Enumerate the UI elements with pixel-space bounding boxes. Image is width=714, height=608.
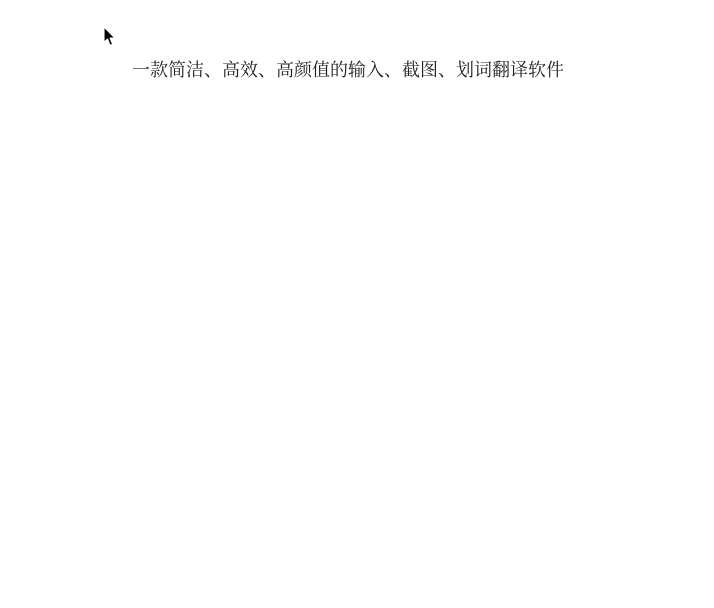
tagline-container: 一款简洁、高效、高颜值的输入、截图、划词翻译软件 [0, 59, 696, 81]
arrow-cursor-icon [102, 26, 116, 48]
blank-page-background: 一款简洁、高效、高颜值的输入、截图、划词翻译软件 [0, 0, 714, 608]
app-tagline-text: 一款简洁、高效、高颜值的输入、截图、划词翻译软件 [132, 59, 564, 81]
